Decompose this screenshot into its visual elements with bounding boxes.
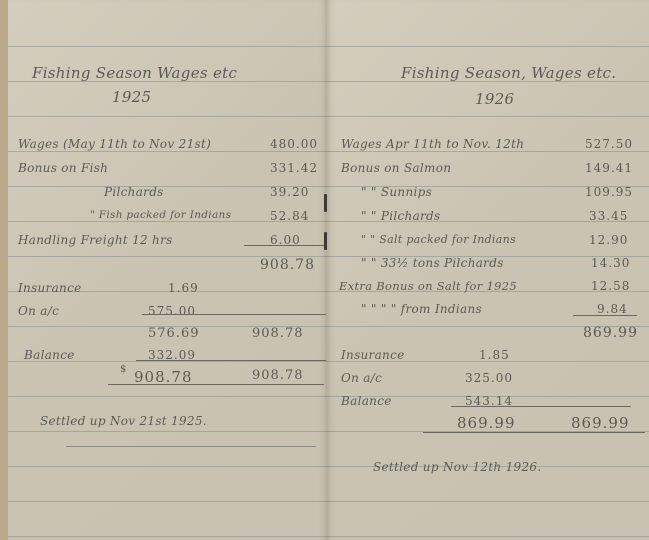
right-page-title: Fishing Season, Wages etc. bbox=[401, 64, 616, 82]
right-page: Fishing Season, Wages etc. 1926 Wages Ap… bbox=[327, 0, 649, 540]
settled-note: Settled up Nov 21st 1925. bbox=[40, 414, 207, 428]
settled-note: Settled up Nov 12th 1926. bbox=[373, 460, 541, 474]
deduction-amount: 1.85 bbox=[479, 348, 510, 362]
entry-label: Extra Bonus on Salt for 1925 bbox=[339, 279, 517, 293]
entry-amount: 33.45 bbox=[589, 209, 628, 223]
entry-label: " Fish packed for Indians bbox=[90, 209, 231, 221]
entry-amount: 12.90 bbox=[589, 233, 628, 247]
sum-underline bbox=[573, 315, 637, 316]
deduction-label: On a/c bbox=[341, 371, 382, 385]
entry-label: " " Sunnips bbox=[361, 185, 432, 199]
sum-underline bbox=[244, 245, 324, 246]
entry-amount: 14.30 bbox=[591, 256, 630, 270]
entry-amount: 331.42 bbox=[270, 161, 318, 175]
grand-total-right: 869.99 bbox=[571, 414, 630, 432]
deduction-label: Insurance bbox=[341, 348, 405, 362]
entry-label: Bonus on Fish bbox=[18, 161, 108, 175]
subtotal-amount: 576.69 bbox=[148, 326, 200, 341]
notebook-spread: Fishing Season Wages etc 1925 Wages (May… bbox=[0, 0, 649, 540]
grand-total-right: 908.78 bbox=[252, 368, 304, 383]
entry-amount: 149.41 bbox=[585, 161, 633, 175]
currency-symbol: $ bbox=[120, 364, 127, 375]
deduction-amount: 575.00 bbox=[148, 304, 196, 318]
entry-label: " " Pilchards bbox=[361, 209, 441, 223]
entry-amount: 39.20 bbox=[270, 185, 309, 199]
subtotal-right-amount: 908.78 bbox=[252, 326, 304, 341]
grand-total-left: 869.99 bbox=[457, 414, 516, 432]
right-page-year: 1926 bbox=[475, 90, 514, 108]
deduction-amount: 1.69 bbox=[168, 281, 199, 295]
entry-amount: 109.95 bbox=[585, 185, 633, 199]
entry-label: " " " " from Indians bbox=[361, 302, 482, 316]
entry-label: Pilchards bbox=[104, 185, 164, 199]
deduction-label: On a/c bbox=[18, 304, 59, 318]
deduction-label: Balance bbox=[341, 394, 392, 408]
total-amount: 908.78 bbox=[260, 257, 315, 273]
entry-amount: 12.58 bbox=[591, 279, 630, 293]
entry-label: Handling Freight 12 hrs bbox=[18, 233, 173, 247]
entry-label: Bonus on Salmon bbox=[341, 161, 451, 175]
total-amount: 869.99 bbox=[583, 325, 638, 341]
sum-underline bbox=[451, 406, 631, 407]
left-page-year: 1925 bbox=[112, 88, 151, 106]
entry-amount: 52.84 bbox=[270, 209, 309, 223]
sum-underline bbox=[423, 432, 645, 433]
entry-amount: 9.84 bbox=[597, 302, 628, 316]
left-page-title: Fishing Season Wages etc bbox=[32, 64, 237, 82]
entry-amount: 480.00 bbox=[270, 137, 318, 151]
deduction-label: Insurance bbox=[18, 281, 82, 295]
deduction-amount: 325.00 bbox=[465, 371, 513, 385]
sum-underline bbox=[142, 314, 326, 315]
closing-line bbox=[66, 446, 316, 447]
entry-label: Wages (May 11th to Nov 21st) bbox=[18, 137, 211, 151]
entry-label: " " 33½ tons Pilchards bbox=[361, 256, 504, 270]
balance-label: Balance bbox=[24, 348, 75, 362]
left-page: Fishing Season Wages etc 1925 Wages (May… bbox=[0, 0, 327, 540]
entry-label: " " Salt packed for Indians bbox=[361, 233, 516, 246]
entry-label: Wages Apr 11th to Nov. 12th bbox=[341, 137, 524, 151]
sum-underline bbox=[108, 384, 324, 385]
sum-underline bbox=[136, 360, 326, 361]
entry-amount: 527.50 bbox=[585, 137, 633, 151]
